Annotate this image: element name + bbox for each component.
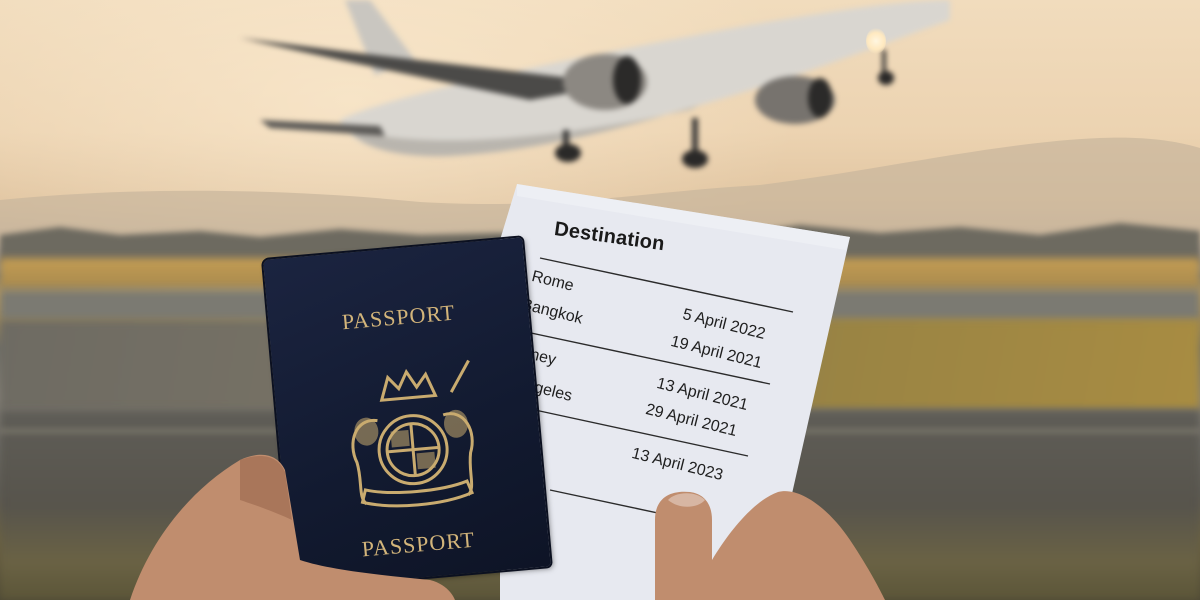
royal-coat-of-arms-icon bbox=[320, 351, 503, 525]
passport: PASSPORT PASSPORT bbox=[263, 237, 551, 588]
destination-card bbox=[0, 0, 1200, 600]
passport-title-bottom: PASSPORT bbox=[288, 520, 549, 569]
passport-title-top: PASSPORT bbox=[268, 293, 529, 342]
